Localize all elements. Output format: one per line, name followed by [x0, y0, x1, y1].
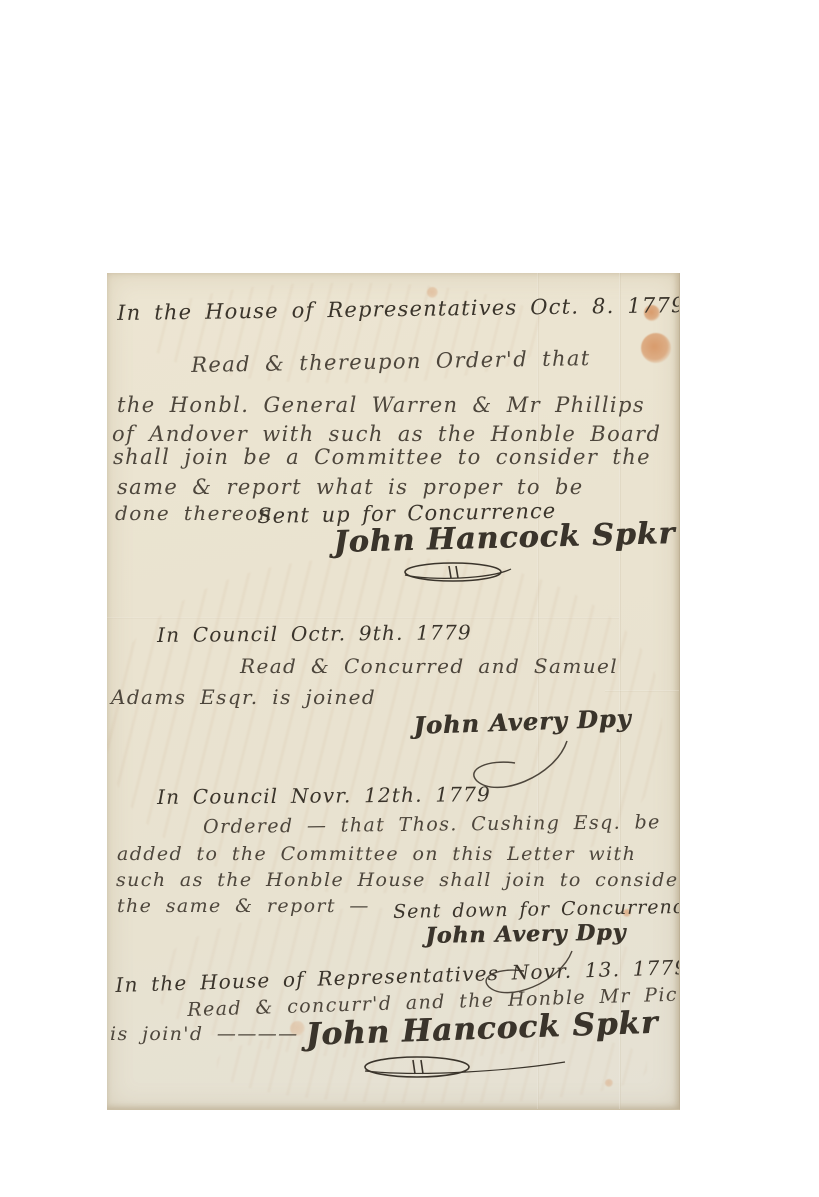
page: { "colors": { "page_background": "#fffff…	[0, 0, 819, 1197]
house-oct-body-line: shall join be a Committee to consider th…	[113, 445, 651, 469]
horizontal-fold-crease	[107, 617, 619, 619]
council-nov-body-line: such as the Honble House shall join to c…	[116, 869, 680, 891]
hancock-signature: John Hancock Spkr	[333, 516, 676, 560]
council-nov-body-line: Ordered — that Thos. Cushing Esq. be	[203, 811, 661, 838]
council-oct-body-line: Adams Esqr. is joined	[111, 685, 376, 709]
sent-down-note: Sent down for Concurrence	[393, 896, 680, 923]
stain-spot	[605, 1079, 613, 1087]
house-oct-heading: In the House of Representatives Oct. 8. …	[117, 293, 680, 325]
horizontal-fold-crease	[605, 690, 680, 692]
stain-spot	[641, 333, 671, 363]
hancock-paraph-icon	[359, 1055, 569, 1081]
house-oct-body-line: Read & thereupon Order'd that	[191, 346, 591, 377]
avery-signature: John Avery Dpy	[425, 919, 626, 949]
house-oct-body-line: the Honbl. General Warren & Mr Phillips	[117, 393, 645, 417]
house-oct-body-line: same & report what is proper to be	[117, 475, 584, 499]
manuscript-paper: In the House of Representatives Oct. 8. …	[107, 273, 680, 1110]
house-nov-body-line: is join'd ————	[110, 1023, 299, 1045]
council-nov-body-line: the same & report —	[117, 895, 370, 917]
house-oct-body-line: of Andover with such as the Honble Board	[112, 422, 661, 446]
house-oct-body-line: done thereon	[115, 501, 273, 525]
hancock-paraph-icon	[401, 561, 513, 585]
council-oct-heading: In Council Octr. 9th. 1779	[157, 620, 472, 647]
avery-signature: John Avery Dpy	[413, 703, 632, 740]
council-nov-body-line: added to the Committee on this Letter wi…	[117, 843, 636, 865]
council-nov-heading: In Council Novr. 12th. 1779	[157, 782, 491, 809]
council-oct-body-line: Read & Concurred and Samuel	[240, 654, 618, 678]
